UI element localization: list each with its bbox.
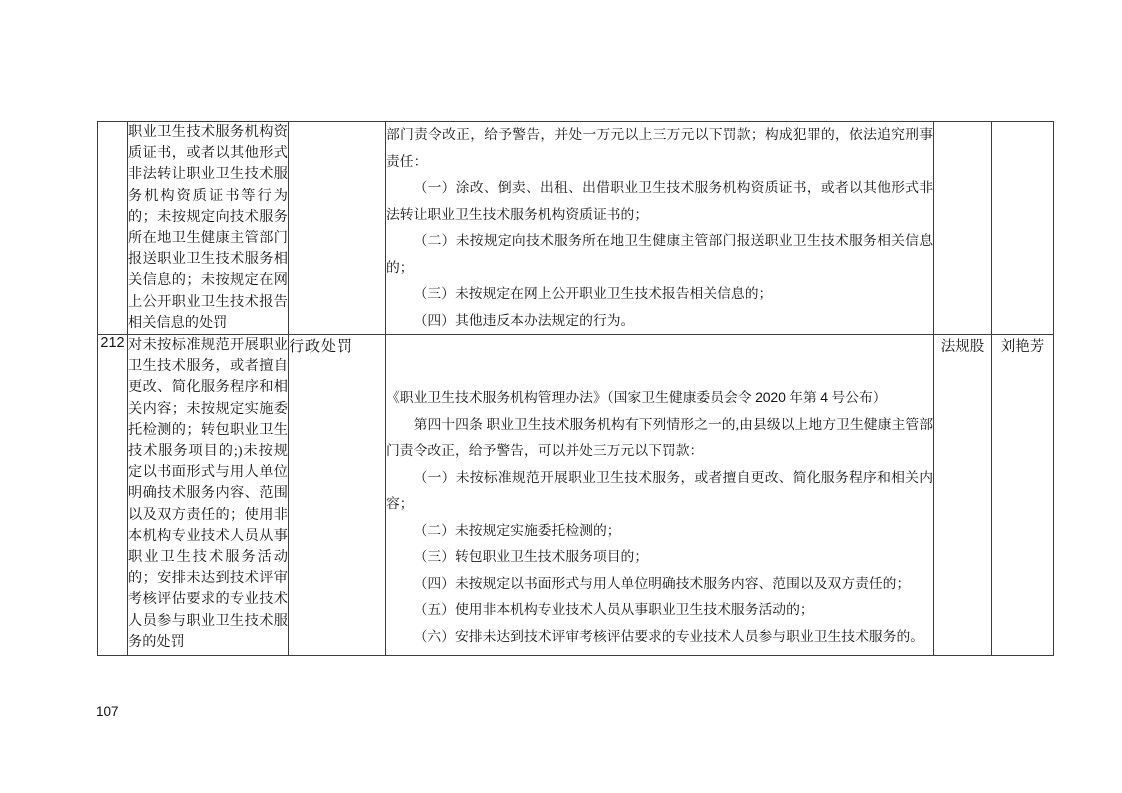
- legal-basis-paragraph: （三）转包职业卫生技术服务项目的；: [386, 544, 933, 571]
- legal-basis-paragraph: （六）安排未达到技术评审考核评估要求的专业技术人员参与职业卫生技术服务的。: [386, 624, 933, 651]
- cell-penalty-type: 行政处罚: [289, 335, 386, 656]
- cell-department: 法规股: [934, 335, 992, 656]
- legal-basis-paragraph: 部门责令改正，给予警告，并处一万元以上三万元以下罚款；构成犯罪的，依法追究刑事责…: [386, 122, 933, 175]
- legal-basis-paragraph: （三）未按规定在网上公开职业卫生技术报告相关信息的；: [386, 281, 933, 308]
- cell-seq-number: 212: [98, 335, 128, 656]
- table-row-continuation: 职业卫生技术服务机构资质证书，或者以其他形式非法转让职业卫生技术服务机构资质证书…: [98, 122, 1054, 335]
- table-row-212: 212 对未按标准规范开展职业卫生技术服务，或者擅自更改、简化服务程序和相关内容…: [98, 335, 1054, 656]
- cell-item-description: 对未按标准规范开展职业卫生技术服务，或者擅自更改、简化服务程序和相关内容；未按规…: [128, 335, 289, 656]
- legal-basis-paragraph: 第四十四条 职业卫生技术服务机构有下列情形之一的,由县级以上地方卫生健康主管部门…: [386, 412, 933, 465]
- legal-basis-paragraph: 《职业卫生技术服务机构管理办法》（国家卫生健康委员会令 2020 年第 4 号公…: [386, 385, 933, 412]
- item-description-text: 职业卫生技术服务机构资质证书，或者以其他形式非法转让职业卫生技术服务机构资质证书…: [128, 122, 288, 334]
- legal-basis-paragraph: （二）未按规定向技术服务所在地卫生健康主管部门报送职业卫生技术服务相关信息的；: [386, 228, 933, 281]
- cell-seq-number: [98, 122, 128, 335]
- cell-responsible-person: [992, 122, 1054, 335]
- legal-basis-paragraph: （四）其他违反本办法规定的行为。: [386, 308, 933, 335]
- cell-item-description: 职业卫生技术服务机构资质证书，或者以其他形式非法转让职业卫生技术服务机构资质证书…: [128, 122, 289, 335]
- legal-basis-paragraph: （四）未按规定以书面形式与用人单位明确技术服务内容、范围以及双方责任的；: [386, 571, 933, 598]
- cell-legal-basis: 《职业卫生技术服务机构管理办法》（国家卫生健康委员会令 2020 年第 4 号公…: [386, 335, 934, 656]
- legal-basis-paragraph: （一）未按标准规范开展职业卫生技术服务，或者擅自更改、简化服务程序和相关内容；: [386, 465, 933, 518]
- cell-responsible-person: 刘艳芳: [992, 335, 1054, 656]
- document-page: 职业卫生技术服务机构资质证书，或者以其他形式非法转让职业卫生技术服务机构资质证书…: [0, 0, 1122, 793]
- cell-penalty-type: [289, 122, 386, 335]
- legal-basis-paragraph: （二）未按规定实施委托检测的；: [386, 518, 933, 545]
- cell-legal-basis: 部门责令改正，给予警告，并处一万元以上三万元以下罚款；构成犯罪的，依法追究刑事责…: [386, 122, 934, 335]
- cell-department: [934, 122, 992, 335]
- page-number: 107: [96, 704, 119, 719]
- item-description-text: 对未按标准规范开展职业卫生技术服务，或者擅自更改、简化服务程序和相关内容；未按规…: [128, 335, 288, 653]
- penalty-items-table: 职业卫生技术服务机构资质证书，或者以其他形式非法转让职业卫生技术服务机构资质证书…: [97, 121, 1054, 656]
- legal-basis-paragraph: （一）涂改、倒卖、出租、出借职业卫生技术服务机构资质证书，或者以其他形式非法转让…: [386, 175, 933, 228]
- legal-basis-paragraph: （五）使用非本机构专业技术人员从事职业卫生技术服务活动的；: [386, 597, 933, 624]
